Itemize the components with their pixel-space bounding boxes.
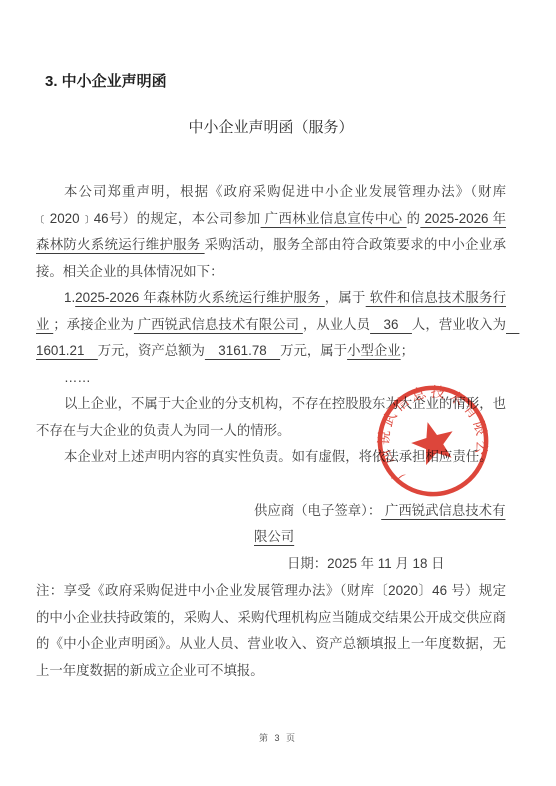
section-heading: 3. 中小企业声明函 (45, 73, 506, 91)
text-run: ；承接企业为 (53, 317, 134, 332)
page-number: 第 3 页 (0, 731, 556, 744)
filled-blank: 2025-2026 年森林防火系统运行维护服务 (75, 290, 325, 305)
date-value: 2025 年 11 月 18 日 (327, 556, 444, 571)
text-run: ，从业人员 (303, 317, 370, 332)
declaration-intro: 本公司郑重声明，根据《政府采购促进中小企业发展管理办法》（财库﹝2020﹞46号… (36, 179, 506, 285)
text-run: 1. (64, 290, 75, 305)
text-run: 万元，属于 (280, 343, 347, 358)
text-run: 本企业对上述声明内容的真实性负责。如有虚假，将依法承担相应责任。 (64, 449, 493, 464)
filled-blank: 广西锐武信息技术有限公司 (134, 317, 303, 332)
text-run: ，属于 (325, 290, 366, 305)
date-line: 日期：2025 年 11 月 18 日 (36, 551, 506, 578)
note-paragraph: 注：享受《政府采购促进中小企业发展管理办法》（财库〔2020〕46 号）规定的中… (36, 578, 506, 684)
text-run: …… (64, 370, 91, 385)
filled-blank: 3161.78 (205, 343, 280, 358)
text-run: ； (401, 343, 414, 358)
date-label: 日期： (287, 556, 327, 571)
text-run: 注：享受《政府采购促进中小企业发展管理办法》（财库〔2020〕46 号）规定的中… (36, 583, 506, 678)
filled-blank: 36 (370, 317, 412, 332)
text-run: 人，营业收入为 (412, 317, 506, 332)
text-run: 的 (407, 211, 421, 226)
filled-blank: 广西林业信息宣传中心 (261, 211, 407, 226)
supplier-label: 供应商（电子签章）： (254, 503, 381, 518)
text-run: 以上企业，不属于大企业的分支机构，不存在控股股东为大企业的情形，也不存在与大企业… (36, 396, 506, 438)
filled-blank: 小型企业 (347, 343, 401, 358)
declaration-document-page: 3. 中小企业声明函 中小企业声明函（服务） 本公司郑重声明，根据《政府采购促进… (0, 0, 556, 786)
document-title: 中小企业声明函（服务） (36, 118, 506, 138)
ellipsis-line: …… (36, 365, 506, 392)
supplier-signature-line: 供应商（电子签章）： 广西锐武信息技术有限公司 (36, 498, 506, 551)
text-run: 万元，资产总额为 (98, 343, 205, 358)
item-1: 1.2025-2026 年森林防火系统运行维护服务 ，属于 软件和信息技术服务行… (36, 285, 506, 365)
paragraphs-container: 本公司郑重声明，根据《政府采购促进中小企业发展管理办法》（财库﹝2020﹞46号… (36, 179, 506, 471)
no-large-enterprise-statement: 以上企业，不属于大企业的分支机构，不存在控股股东为大企业的情形，也不存在与大企业… (36, 391, 506, 444)
truthfulness-statement: 本企业对上述声明内容的真实性负责。如有虚假，将依法承担相应责任。 (36, 444, 506, 471)
